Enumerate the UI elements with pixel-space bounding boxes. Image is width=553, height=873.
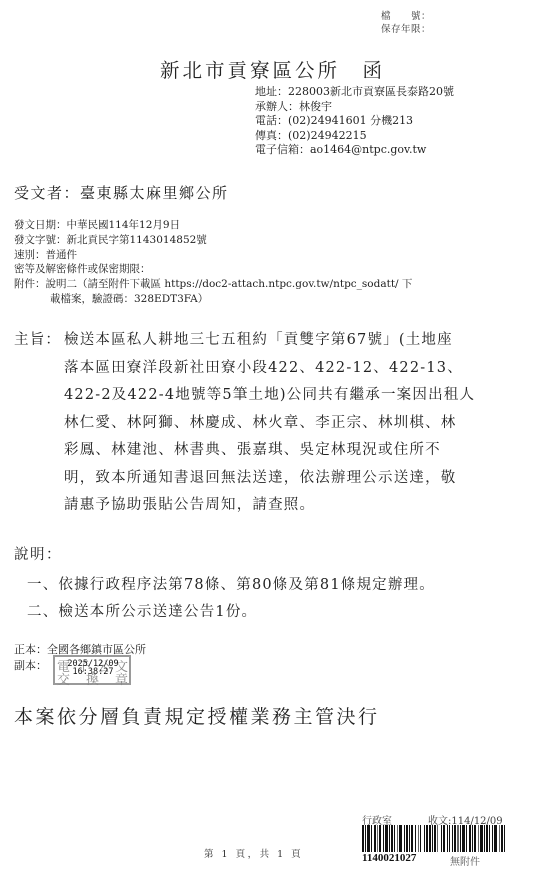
handler: 承辦人：林俊宇 <box>255 100 454 115</box>
stamp-datetime: 2025/12/09 16:38:27 <box>66 660 120 676</box>
file-number-label: 檔 號： <box>381 10 431 23</box>
email: 電子信箱：ao1464@ntpc.gov.tw <box>255 143 454 158</box>
subject-line: 檢送本區私人耕地三七五租約「貢雙字第67號」(土地座 <box>64 332 453 348</box>
page-indicator: 第 1 頁，共 1 頁 <box>204 846 303 860</box>
decision-authority: 本案依分層負責規定授權業務主管決行 <box>14 702 380 729</box>
speed: 速別：普通件 <box>14 248 412 263</box>
attachment: 附件：說明二（請至附件下載區 https://doc2-attach.ntpc.… <box>14 277 412 292</box>
description-list: 一、依據行政程序法第78條、第80條及第81條規定辦理。 二、檢送本所公示送達公… <box>27 572 435 626</box>
subject-line: 落本區田寮洋段新社田寮小段422、422-12、422-13、 <box>14 355 475 383</box>
attachment-cont: 載檔案，驗證碼：328EDT3FA） <box>14 292 412 307</box>
subject-label: 主旨： <box>14 327 64 355</box>
archive-info: 檔 號： 保存年限： <box>381 10 431 36</box>
subject-section: 主旨：檢送本區私人耕地三七五租約「貢雙字第67號」(土地座 落本區田寮洋段新社田… <box>14 327 475 520</box>
document-number: 發文字號：新北貢民字第1143014852號 <box>14 233 412 248</box>
subject-line: 明，致本所通知書退回無法送達，依法辦理公示送達，敬 <box>14 465 475 493</box>
description-item: 二、檢送本所公示送達公告1份。 <box>27 599 435 626</box>
address: 地址：228003新北市貢寮區長泰路20號 <box>255 85 454 100</box>
secrecy: 密等及解密條件或保密期限： <box>14 262 412 277</box>
stamp-time: 16:38:27 <box>66 668 120 676</box>
subject-line: 彩鳳、林建池、林書典、張嘉琪、吳定林現況或住所不 <box>14 437 475 465</box>
barcode-attachment: 無附件 <box>450 853 480 868</box>
retention-label: 保存年限： <box>381 23 431 36</box>
subject-line: 請惠予協助張貼公告周知，請查照。 <box>14 492 475 520</box>
document-title: 新北市貢寮區公所 函 <box>160 55 385 83</box>
contact-block: 地址：228003新北市貢寮區長泰路20號 承辦人：林俊宇 電話：(02)249… <box>255 85 454 158</box>
exchange-stamp: 電 子 公 文 交 換 章 2025/12/09 16:38:27 <box>53 655 131 685</box>
issue-date: 發文日期：中華民國114年12月9日 <box>14 218 412 233</box>
subject-line: 林仁愛、林阿獅、林慶成、林火章、李正宗、林圳棋、林 <box>14 410 475 438</box>
document-meta: 發文日期：中華民國114年12月9日 發文字號：新北貢民字第1143014852… <box>14 218 412 307</box>
recipient: 受文者：臺東縣太麻里鄉公所 <box>14 182 229 203</box>
description-item: 一、依據行政程序法第78條、第80條及第81條規定辦理。 <box>27 572 435 599</box>
subject-line: 422-2及422-4地號等5筆土地)公同共有繼承一案因出租人 <box>14 382 475 410</box>
fax: 傳真：(02)24942215 <box>255 129 454 144</box>
barcode-image <box>362 825 506 852</box>
phone: 電話：(02)24941601 分機213 <box>255 114 454 129</box>
description-label: 說明： <box>14 543 62 564</box>
barcode-number: 1140021027 <box>362 852 416 864</box>
